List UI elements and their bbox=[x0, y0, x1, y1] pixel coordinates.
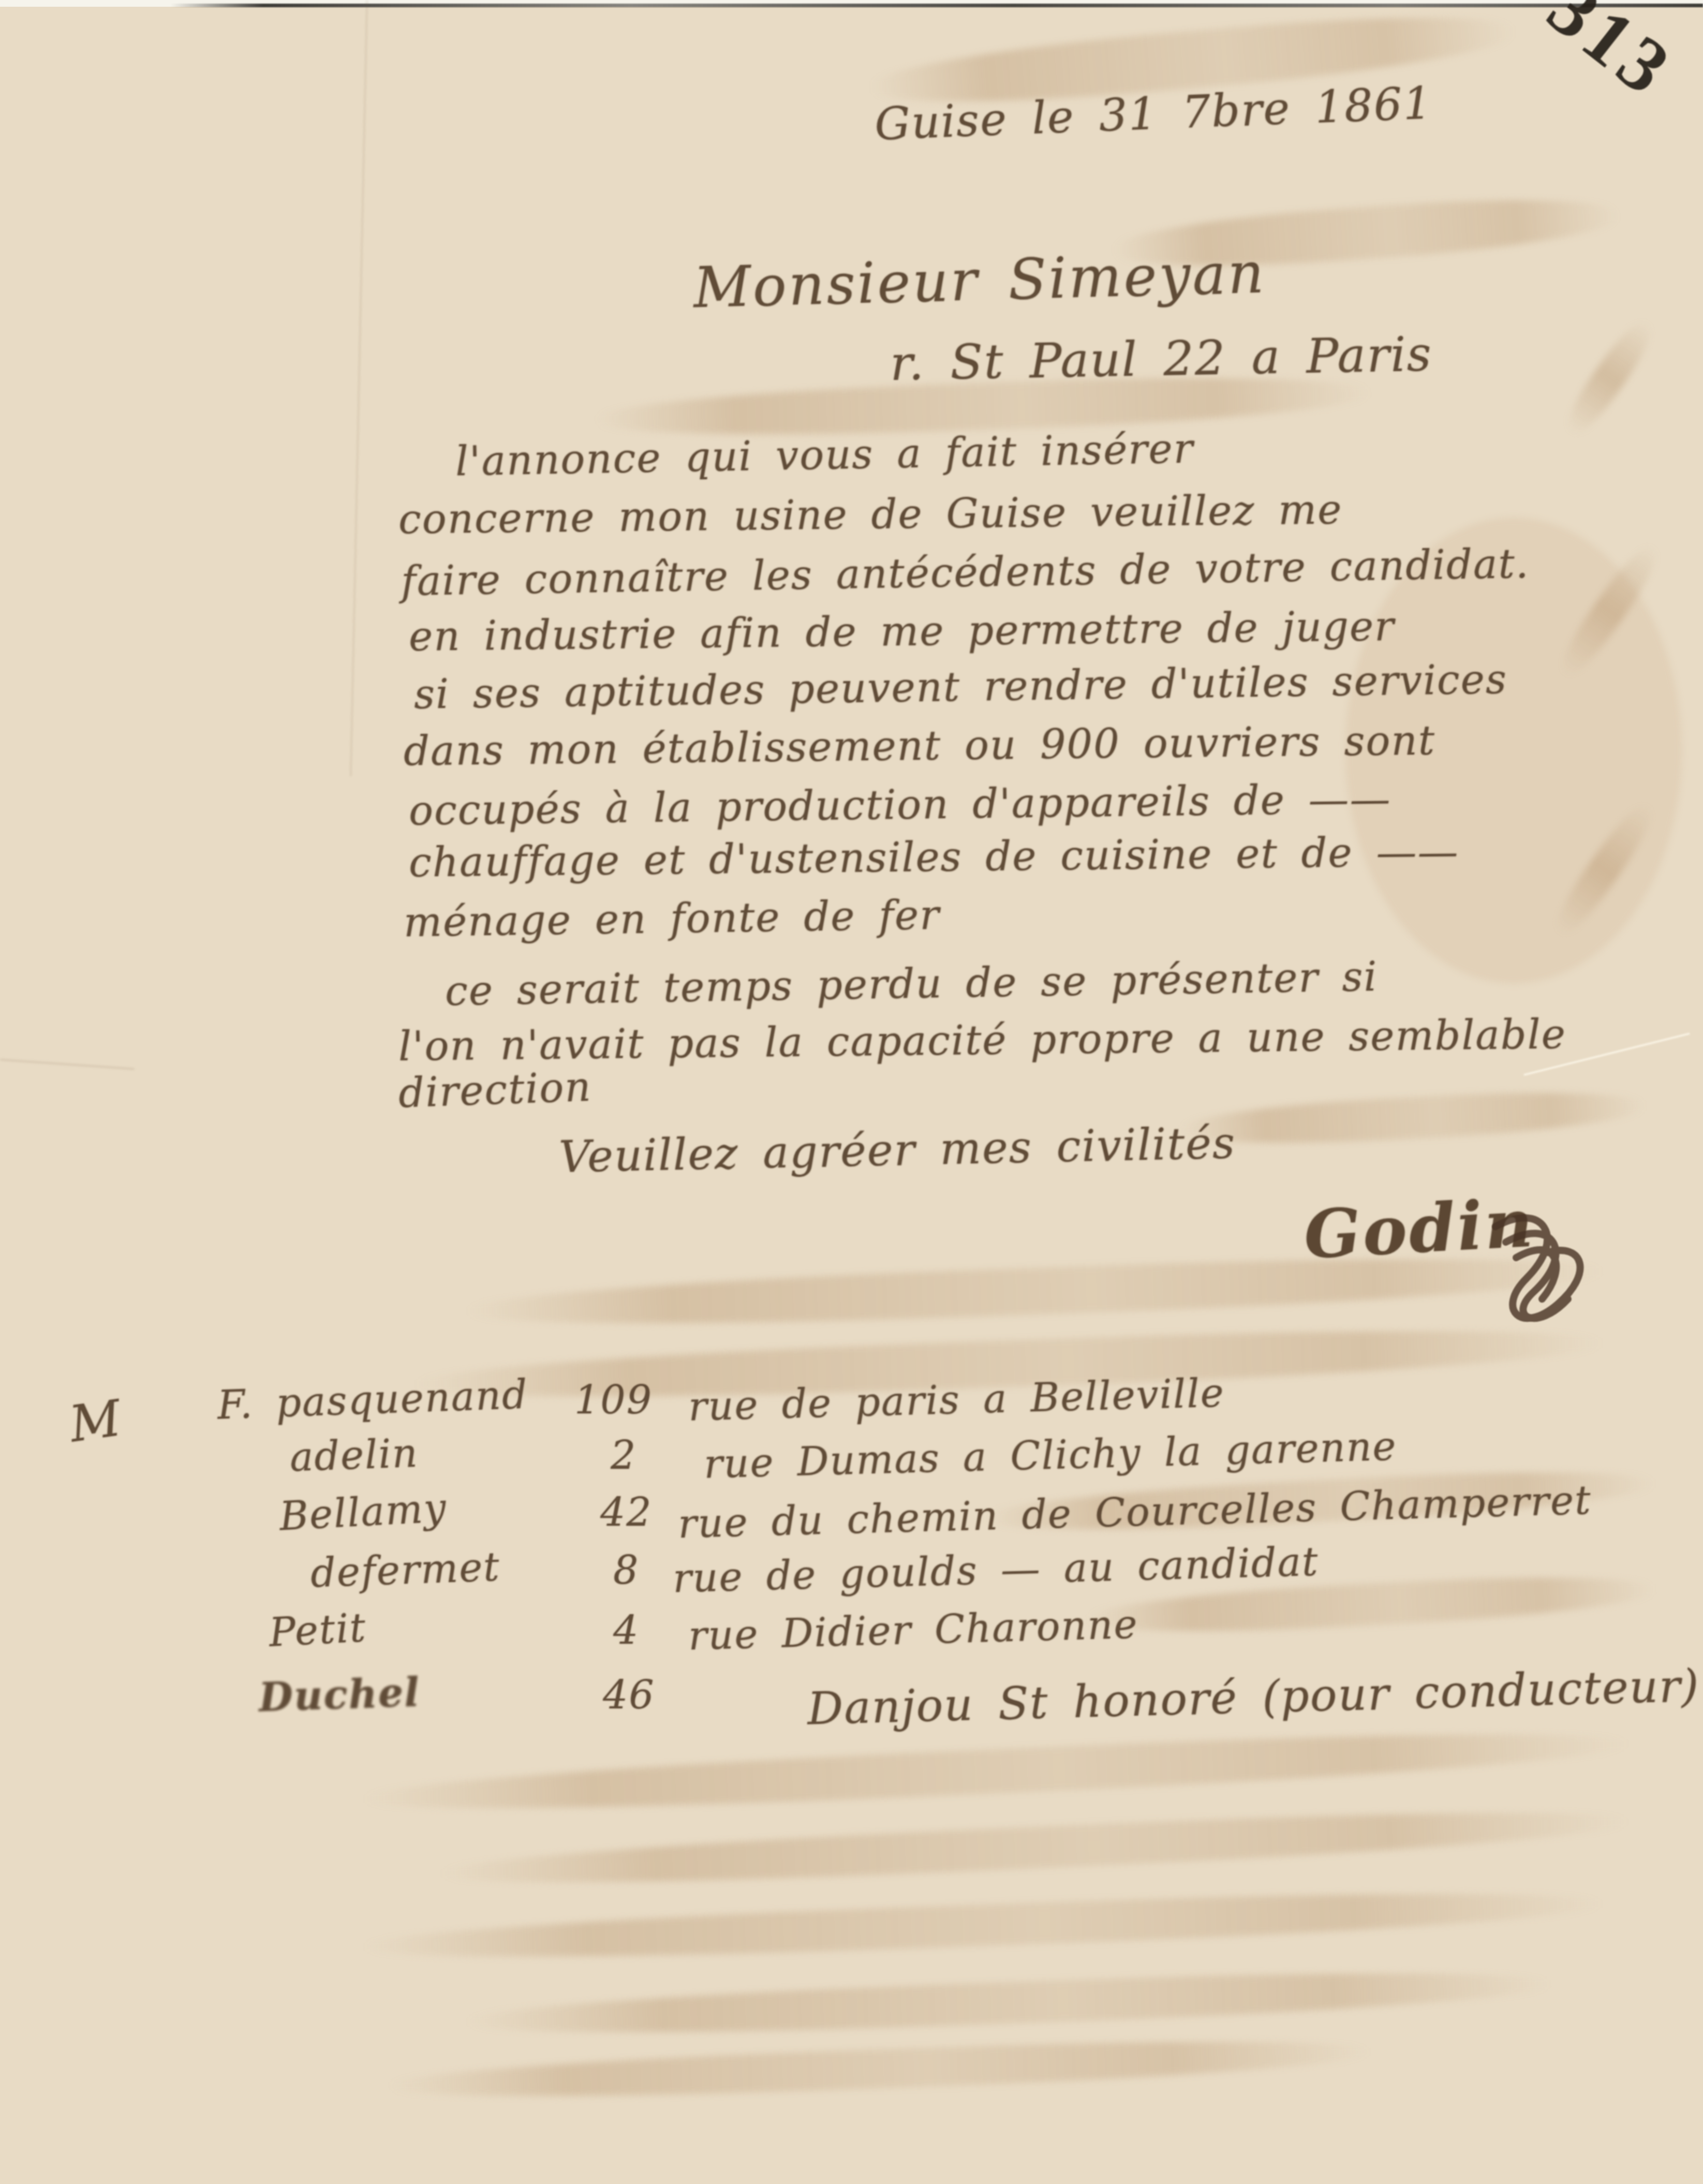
notes-address: rue du chemin de Courcelles Champerret bbox=[677, 1477, 1592, 1547]
signature-flourish bbox=[1464, 1206, 1630, 1361]
body-line: faire connaître les antécédents de votre… bbox=[401, 541, 1530, 605]
scan-top-edge-line bbox=[171, 4, 1703, 7]
recipient-address: r. St Paul 22 a Paris bbox=[890, 327, 1432, 391]
archival-stamp: 313 bbox=[1531, 0, 1690, 115]
bleed-through-mark bbox=[465, 1963, 1553, 2042]
notes-name: F. pasquenand bbox=[217, 1371, 529, 1428]
fold-crease bbox=[350, 0, 367, 776]
notes-name: Petit bbox=[268, 1604, 367, 1656]
closing-salutation: Veuillez agréer mes civilités bbox=[558, 1117, 1236, 1182]
notes-number: 8 bbox=[613, 1547, 639, 1593]
body-line: occupés à la production d'appareils de —… bbox=[409, 776, 1392, 834]
body-line: en industrie afin de me permettre de jug… bbox=[409, 603, 1395, 660]
body-line: concerne mon usine de Guise veuillez me bbox=[398, 486, 1343, 543]
notes-number: 4 bbox=[613, 1607, 639, 1653]
notes-number: 109 bbox=[574, 1377, 653, 1423]
letter-page: 313 Guise le 31 7bre 1861 Monsieur Simey… bbox=[0, 0, 1703, 2184]
recipient-name: Monsieur Simeyan bbox=[693, 241, 1267, 321]
body-line: ménage en fonte de fer bbox=[403, 892, 940, 946]
body-line: l'annonce qui vous a fait insérer bbox=[455, 426, 1194, 485]
bleed-through-mark bbox=[1179, 1085, 1647, 1151]
notes-prefix: M bbox=[66, 1389, 126, 1454]
notes-name: adelin bbox=[289, 1430, 419, 1481]
notes-number: 42 bbox=[600, 1489, 653, 1535]
body-line: ce serait temps perdu de se présenter si bbox=[445, 954, 1378, 1015]
notes-name: Duchel bbox=[258, 1669, 421, 1721]
notes-address: rue Dumas a Clichy la garenne bbox=[703, 1423, 1397, 1487]
notes-number: 46 bbox=[603, 1672, 655, 1718]
bleed-through-mark bbox=[388, 2032, 1371, 2105]
notes-address: rue Didier Charonne bbox=[688, 1601, 1138, 1659]
notes-address: rue de goulds — au candidat bbox=[672, 1539, 1319, 1602]
notes-number: 2 bbox=[611, 1432, 636, 1478]
body-line: direction bbox=[398, 1064, 593, 1117]
notes-address: Danjou St honoré (pour conducteur) bbox=[807, 1660, 1700, 1735]
body-line: si ses aptitudes peuvent rendre d'utiles… bbox=[413, 656, 1507, 718]
notes-name: defermet bbox=[310, 1544, 501, 1597]
notes-name: Bellamy bbox=[278, 1485, 448, 1540]
bleed-through-mark bbox=[362, 1722, 1630, 1821]
fold-crease bbox=[0, 1059, 135, 1070]
bleed-through-mark bbox=[1558, 314, 1661, 441]
bleed-through-mark bbox=[439, 1801, 1630, 1894]
body-line: l'on n'avait pas la capacité propre a un… bbox=[398, 1011, 1567, 1070]
body-line: dans mon établissement ou 900 ouvriers s… bbox=[404, 718, 1436, 775]
body-line: chauffage et d'ustensiles de cuisine et … bbox=[409, 829, 1459, 886]
bleed-through-mark bbox=[362, 1883, 1604, 1968]
